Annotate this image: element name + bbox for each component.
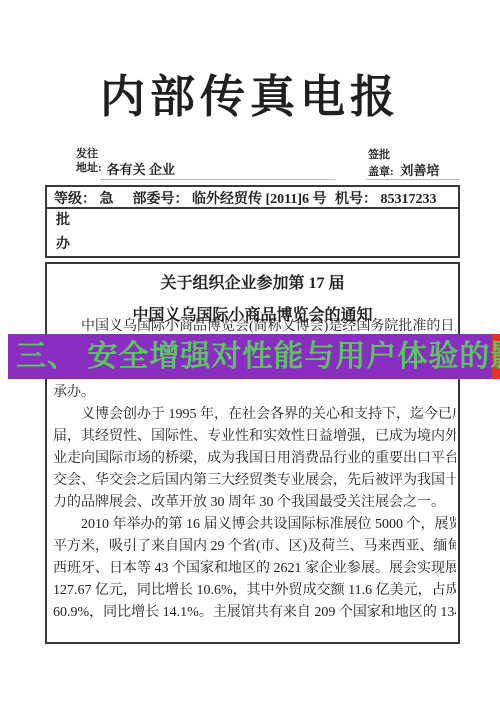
machine-number-group: 机号： 85317233	[335, 188, 437, 208]
sign-seal-field: 签批 盖章: 刘善培	[368, 147, 439, 180]
body-line: 2010 年举办的第 16 届义博会共设国际标准展位 5000 个，展览面积 1…	[53, 514, 456, 536]
grade-value: 急	[100, 192, 114, 207]
send-to-underline	[100, 179, 335, 180]
body-line: 业走向国际市场的桥梁，成为我国日用消费品行业的重要出口平台，成为继广	[53, 448, 456, 470]
send-to-label: 发往 地址:	[76, 147, 102, 175]
send-to-value: 各有关 企业	[107, 159, 175, 178]
send-to-label-line2: 地址:	[76, 161, 102, 175]
seal-row: 盖章: 刘善培	[368, 163, 439, 180]
approval-box: 批 办	[45, 207, 460, 258]
fax-document-page: 内部传真电报 发往 地址: 各有关 企业 签批 盖章: 刘善培 等级： 急 部委…	[0, 0, 500, 708]
body-line: 西班牙、日本等 43 个国家和地区的 2621 家企业参展。展会实现展览成交额	[53, 558, 456, 580]
seal-value: 刘善培	[400, 163, 439, 178]
notice-box: 关于组织企业参加第 17 届 中国义乌国际小商品博览会的通知 中国义乌国际小商品…	[45, 262, 460, 644]
overlay-banner: 三、 安全增强对性能与用户体验的影响	[8, 334, 500, 379]
page-title: 内部传真电报	[0, 60, 500, 125]
send-to-label-line1: 发往	[76, 147, 102, 161]
seal-label: 盖章:	[368, 166, 394, 178]
approval-line2: 办	[47, 233, 458, 257]
machine-value: 85317233	[381, 192, 437, 207]
body-line: 届，其经贸性、国际性、专业性和实效性日益增强，已成为境内外广大中小企	[53, 426, 456, 448]
banner-text: 三、 安全增强对性能与用户体验的影响	[16, 334, 500, 379]
body-line: 承办。	[53, 382, 456, 404]
notice-title-line1: 关于组织企业参加第 17 届	[47, 270, 458, 293]
machine-label: 机号：	[335, 192, 377, 207]
sign-label: 签批	[368, 147, 439, 163]
grade-label: 等级：	[54, 192, 96, 207]
body-line: 127.67 亿元，同比增长 10.6%，其中外贸成交额 11.6 亿美元，占成…	[53, 580, 456, 602]
body-line: 交会、华交会之后国内第三大经贸类专业展会，先后被评为我国十大最具影响	[53, 470, 456, 492]
doc-no-value: 临外经贸传 [2011]6 号	[192, 192, 327, 207]
approval-line1: 批	[47, 209, 458, 233]
seal-underline	[366, 179, 460, 180]
body-line: 力的品牌展会、改革开放 30 周年 30 个我国最受关注展会之一。	[53, 492, 456, 514]
doc-no-label: 部委号：	[133, 192, 189, 207]
meta-row-box: 等级： 急 部委号： 临外经贸传 [2011]6 号 机号： 85317233	[45, 185, 460, 209]
meta-row-left: 等级： 急 部委号： 临外经贸传 [2011]6 号	[54, 188, 327, 208]
body-line: 平方米，吸引了来自国内 29 个省(市、区)及荷兰、马来西亚、缅甸、澳大利亚、	[53, 536, 456, 558]
body-line: 义博会创办于 1995 年，在社会各界的关心和支持下，迄今已成功举办 16	[53, 404, 456, 426]
send-to-field: 发往 地址: 各有关 企业	[76, 147, 175, 175]
body-line: 60.9%，同比增长 14.1%。主展馆共有来自 209 个国家和地区的 134…	[53, 602, 456, 624]
